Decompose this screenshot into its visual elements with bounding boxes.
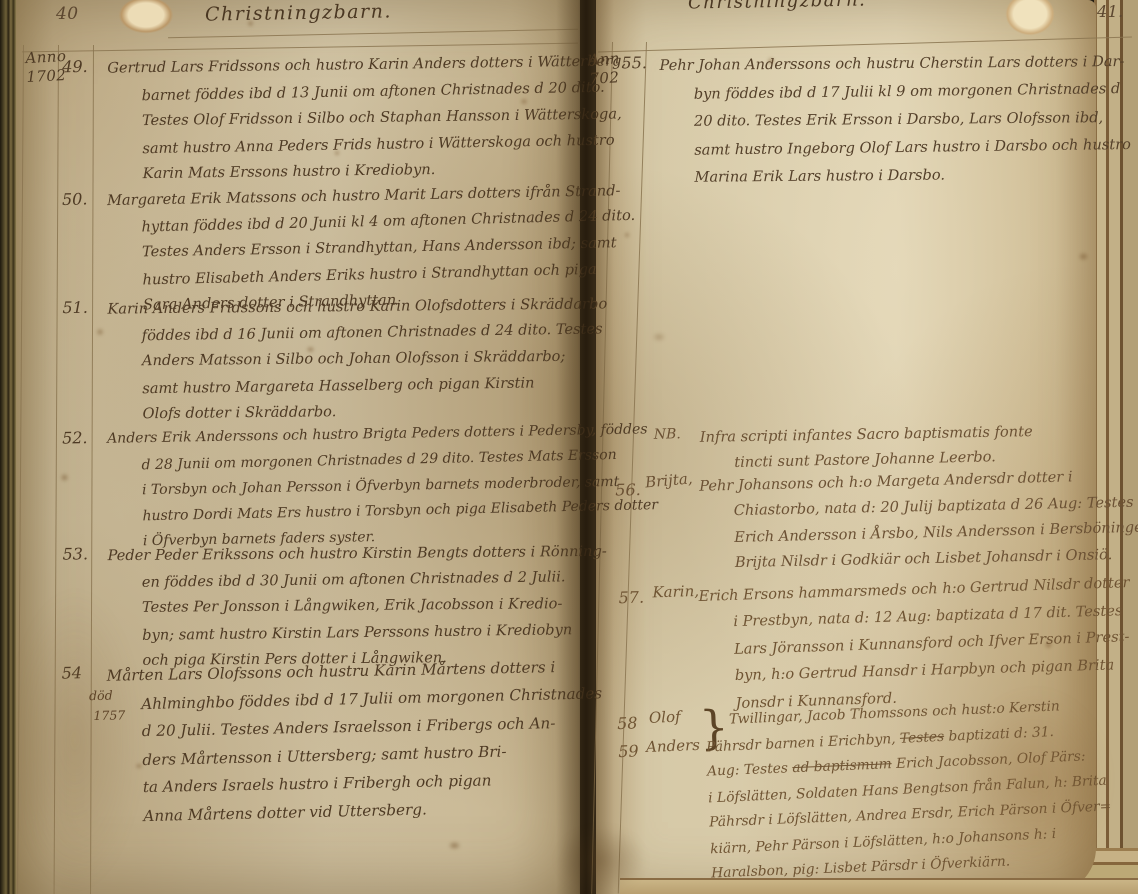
entry-text: Aug: Testes — [707, 760, 793, 779]
entry-text: Erich Jacobsson, Olof Pärs: — [891, 748, 1085, 772]
page-number-right: 41. — [1097, 2, 1124, 21]
bottom-page-stack-edge — [620, 878, 1138, 894]
entry-number: 49. — [62, 57, 88, 76]
entry-number: 54 — [61, 663, 82, 682]
register-entry-55: 55.Pehr Johan Anderssons och hustru Cher… — [659, 48, 1131, 192]
child-name: Karin, — [652, 582, 699, 601]
entry-text: baptizati d: 31. — [944, 723, 1054, 744]
register-entry-54: 54död1757Mårten Lars Olofssons och hustr… — [106, 652, 604, 829]
struck-text: ad baptismum — [792, 756, 892, 776]
left-page-stack-edge — [0, 0, 16, 894]
register-entry-52: 52.Anders Erik Anderssons och hustro Bri… — [107, 417, 659, 556]
page-header-left: Christningzbarn. — [205, 0, 392, 25]
child-name: Olof — [649, 708, 681, 727]
register-entry-51: 51.Karin Anders Fridssons och hustro Kar… — [107, 291, 608, 427]
entry-number: NB. — [654, 426, 681, 442]
page-number-left: 40 — [56, 4, 78, 24]
entry-number: 56. — [615, 480, 641, 500]
struck-text: Testes — [900, 728, 945, 746]
entry-line: Marina Erik Lars hustro i Darsbo. — [694, 160, 1131, 192]
entry-number: 51. — [62, 298, 88, 317]
margin-note: död — [89, 688, 113, 703]
margin-note: 1757 — [93, 707, 125, 723]
entry-number: 55. — [621, 53, 647, 72]
entry-number: 59 — [618, 741, 639, 761]
entry-number: 52. — [62, 428, 88, 447]
entry-text: Pährsdr barnen i Erichbyn, — [706, 730, 901, 755]
entry-number: 58 — [617, 713, 638, 733]
register-book-spread: 40 Christningzbarn. Christningzbarn. 41.… — [0, 0, 1138, 894]
register-entry-58-59-twins: 5859OlofAnders}Twillingar, Jacob Thomsso… — [729, 692, 1114, 886]
register-entry-49: 49.Gertrud Lars Fridssons och hustro Kar… — [107, 48, 628, 188]
child-name: Anders — [646, 736, 701, 756]
year-label-left-line1: Anno — [25, 47, 67, 68]
entry-number: 53. — [62, 544, 88, 563]
entry-number: 50. — [62, 189, 88, 208]
entry-number: 57. — [618, 588, 644, 608]
register-entry-56: 56.Brijta,Pehr Johansons och h:o Margeta… — [699, 463, 1138, 577]
